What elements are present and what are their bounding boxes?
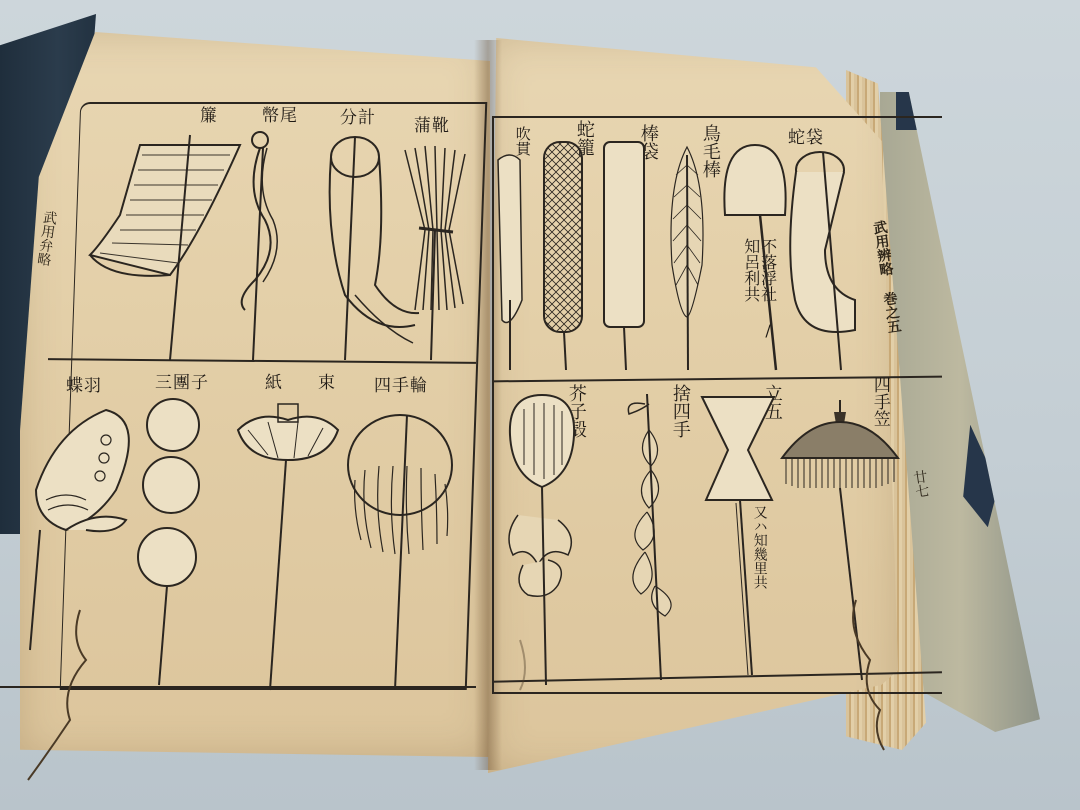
paper-damage-cracks [0, 0, 1080, 810]
